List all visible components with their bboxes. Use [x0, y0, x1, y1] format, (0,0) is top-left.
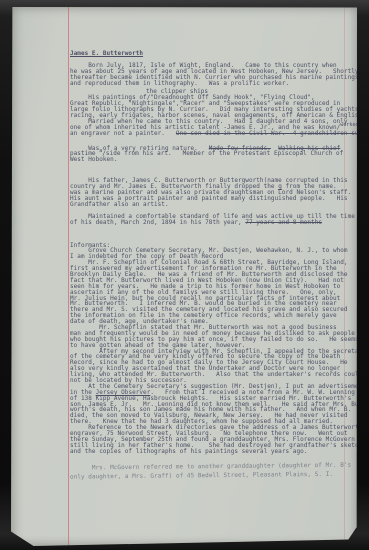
para-mcgovern: Mrs. McGovern referred me to another gra…	[70, 462, 369, 483]
para-business: Mr. Schepflin stated that Mr. Butterwort…	[70, 325, 369, 349]
para-death: Maintained a comfortable standard of lif…	[70, 214, 369, 226]
para-father: His father, James C. Butterworth or Butt…	[70, 178, 369, 207]
text-line: and the copies of lithographs of his pai…	[70, 449, 369, 455]
para-paintings: His paintings of/"Dreadnought Off Sandy …	[70, 95, 369, 119]
text-line: West Hoboken.	[70, 157, 369, 163]
paper-sheet: James E. Butterworth Born July, 1817, Is…	[11, 7, 357, 546]
para-informant-schepflin: Mr. F. Schepflin of Colonial Road & 68th…	[70, 260, 369, 325]
para-second-interview: After my second interview with Mr. Schep…	[70, 349, 369, 384]
para-family: Married when he came to this country. Ha…	[70, 119, 369, 137]
para-advertisement: At the Cemetery Secretary's suggestion (…	[70, 384, 369, 425]
document-body: Born July, 1817, Isle of Wight, England.…	[70, 63, 369, 481]
left-margin-rule	[68, 7, 69, 546]
text-line: and reproduced them in lithography. Was …	[70, 81, 369, 87]
photo-background: { "page": { "background_color": "#101010…	[0, 0, 369, 550]
document-title: James E. Butterworth	[70, 51, 369, 57]
text-line: of his death, March 2nd, 1894 in his 78t…	[70, 220, 369, 226]
para-newark-directories: Reference to the Newark directories gave…	[70, 425, 369, 454]
text-line: Grandfather also an artist.	[70, 202, 369, 208]
text-line: an engraver not a painter. One son died …	[70, 131, 369, 137]
para-biography-birth: Born July, 1817, Isle of Wight, England.…	[70, 63, 369, 87]
typewritten-text: James E. Butterworth Born July, 1817, Is…	[70, 51, 369, 482]
text-line: only daughter, a Mrs. Graff) of 45 Bedel…	[70, 471, 369, 483]
para-nature: Was of a very retiring nature. Made few …	[70, 146, 369, 164]
